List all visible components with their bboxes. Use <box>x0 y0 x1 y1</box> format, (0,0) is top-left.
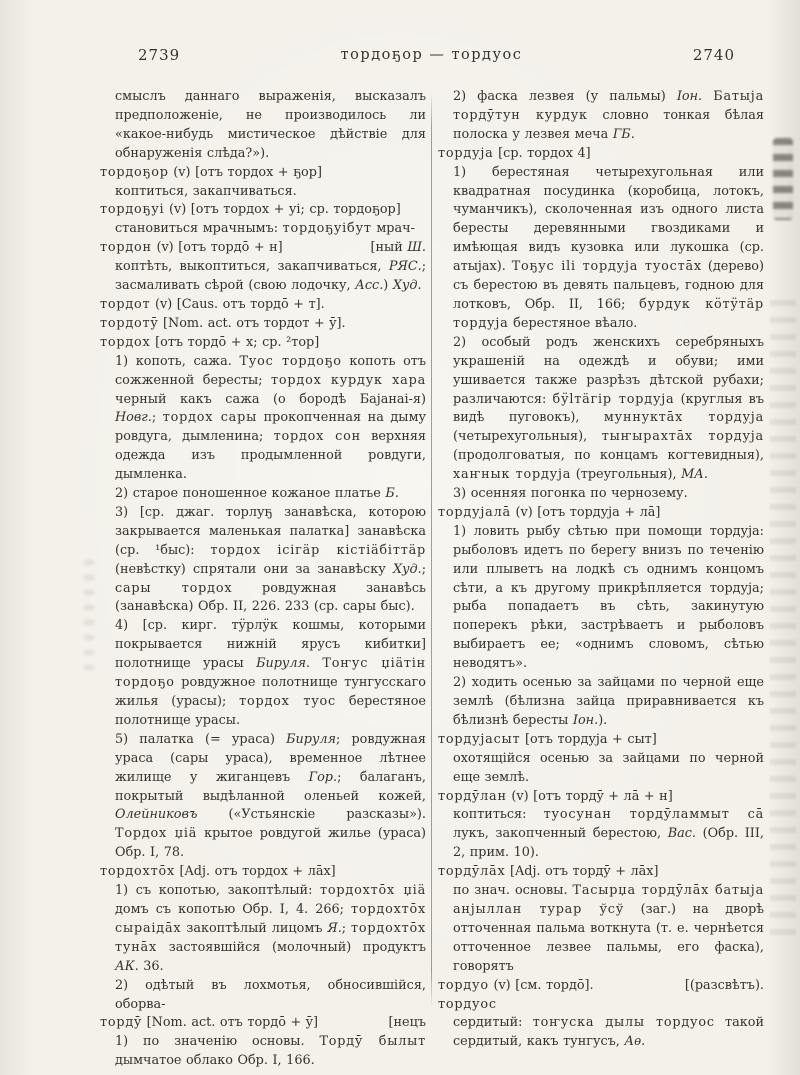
entry-headword-line: тордотȳ [Nom. act. отъ тордот + ȳ]. <box>100 315 426 334</box>
catchword: [(разсвѣтъ). <box>694 977 764 996</box>
entry-headword-line: тордоҕор (v) [отъ тордох + ҕор] <box>100 164 426 183</box>
entry-headword-line: тордот (v) [Caus. отъ тордō + т]. <box>100 296 426 315</box>
catchword: [ный Ш. <box>380 239 426 258</box>
page-header: 2739 тордоҕор — тордуос 2740 <box>100 46 763 70</box>
entry-sense-paragraph: по знач. основы. Тасырџа тордȳлāх батыjа… <box>453 882 764 977</box>
entry-headword-line: тордȳлан (v) [отъ тордȳ + лā + н] <box>438 788 764 807</box>
entry-sense-paragraph: 3) [ср. джаг. торлуҕ занавѣска, которою … <box>115 504 426 617</box>
entry-sense-paragraph: становиться мрачнымъ: тордоҕуібут мрач- <box>115 220 426 239</box>
entry-headword-line: [(разсвѣтъ).тордуо (v) [см. тордō]. <box>438 977 764 996</box>
entry-sense-paragraph: 2) ходить осенью за зайцами по черной ещ… <box>453 674 764 731</box>
entry-headword-line: тордох [отъ тордō + х; ср. ²тор] <box>100 334 426 353</box>
entry-sense-paragraph: коптѣть, выкоптиться, закапчиваться, РЯС… <box>115 258 426 296</box>
scan-artifact-right-edge-dark <box>773 138 793 220</box>
entry-sense-paragraph: 1) по значенію основы. Тордȳ былыт дымча… <box>115 1033 426 1071</box>
entry-sense-paragraph: 5) палатка (= ураса) Бируля; ровдужная у… <box>115 731 426 863</box>
entry-sense-paragraph: 1) копоть, сажа. Туос тордоҕо копоть отъ… <box>115 353 426 485</box>
entry-sense-paragraph: смыслъ даннаго выраженія, высказалъ пред… <box>115 88 426 164</box>
entry-sense-paragraph: 3) осенняя погонка по чернозему. <box>453 485 764 504</box>
entry-sense-paragraph: 1) ловить рыбу сѣтью при помощи тордуjа:… <box>453 523 764 674</box>
scan-artifact-left-margin <box>84 560 94 680</box>
entry-headword-line: тордуос <box>438 996 764 1015</box>
entry-headword-line: тордуjасыт [отъ тордуjа + сыт] <box>438 731 764 750</box>
entry-sense-paragraph: охотящійся осенью за зайцами по черной е… <box>453 750 764 788</box>
entry-sense-paragraph: 2) фаска лезвея (у пальмы) Іон. Батыjа т… <box>453 88 764 145</box>
scan-artifact-right-edge-faint <box>770 300 796 940</box>
column-left: смыслъ даннаго выраженія, высказалъ пред… <box>100 88 426 1071</box>
column-divider <box>431 92 432 1008</box>
entry-sense-paragraph: коптиться: туосунан тордȳламмыт сā лукъ,… <box>453 806 764 863</box>
catchword: [нецъ <box>398 1014 426 1033</box>
entry-headword-line: тордуjалā (v) [отъ тордуjа + лā] <box>438 504 764 523</box>
entry-sense-paragraph: 1) съ копотью, закоптѣлый: тордохтōх џіä… <box>115 882 426 977</box>
entry-sense-paragraph: сердитый: тоҥуска дылы тордуос такой сер… <box>453 1014 764 1052</box>
entry-sense-paragraph: коптиться, закапчиваться. <box>115 183 426 202</box>
entry-sense-paragraph: 1) берестяная четырехугольная или квадра… <box>453 164 764 334</box>
entry-sense-paragraph: 2) особый родъ женскихъ серебряныхъ укра… <box>453 334 764 485</box>
scanned-dictionary-page: 2739 тордоҕор — тордуос 2740 смыслъ данн… <box>0 0 800 1075</box>
column-right: 2) фаска лезвея (у пальмы) Іон. Батыjа т… <box>438 88 764 1052</box>
entry-headword-line: [ный Ш.тордон (v) [отъ тордō + н] <box>100 239 426 258</box>
entry-headword-line: тордохтōх [Adj. отъ тордох + лāх] <box>100 863 426 882</box>
page-number-right: 2740 <box>693 46 735 64</box>
running-head-title: тордоҕор — тордуос <box>100 47 763 63</box>
entry-headword-line: тордуjа [ср. тордох 4] <box>438 145 764 164</box>
entry-headword-line: тордȳлāх [Adj. отъ тордȳ + лāх] <box>438 863 764 882</box>
entry-sense-paragraph: 4) [ср. кирг. тӱрлӱк кошмы, которыми пок… <box>115 617 426 730</box>
entry-sense-paragraph: 2) одѣтый въ лохмотья, обносившійся, обо… <box>115 977 426 1015</box>
entry-headword-line: [нецътордȳ [Nom. act. отъ тордō + ȳ] <box>100 1014 426 1033</box>
entry-headword-line: тордоҕуі (v) [отъ тордох + уі; ср. тордо… <box>100 201 426 220</box>
entry-sense-paragraph: 2) старое поношенное кожаное платье Б. <box>115 485 426 504</box>
